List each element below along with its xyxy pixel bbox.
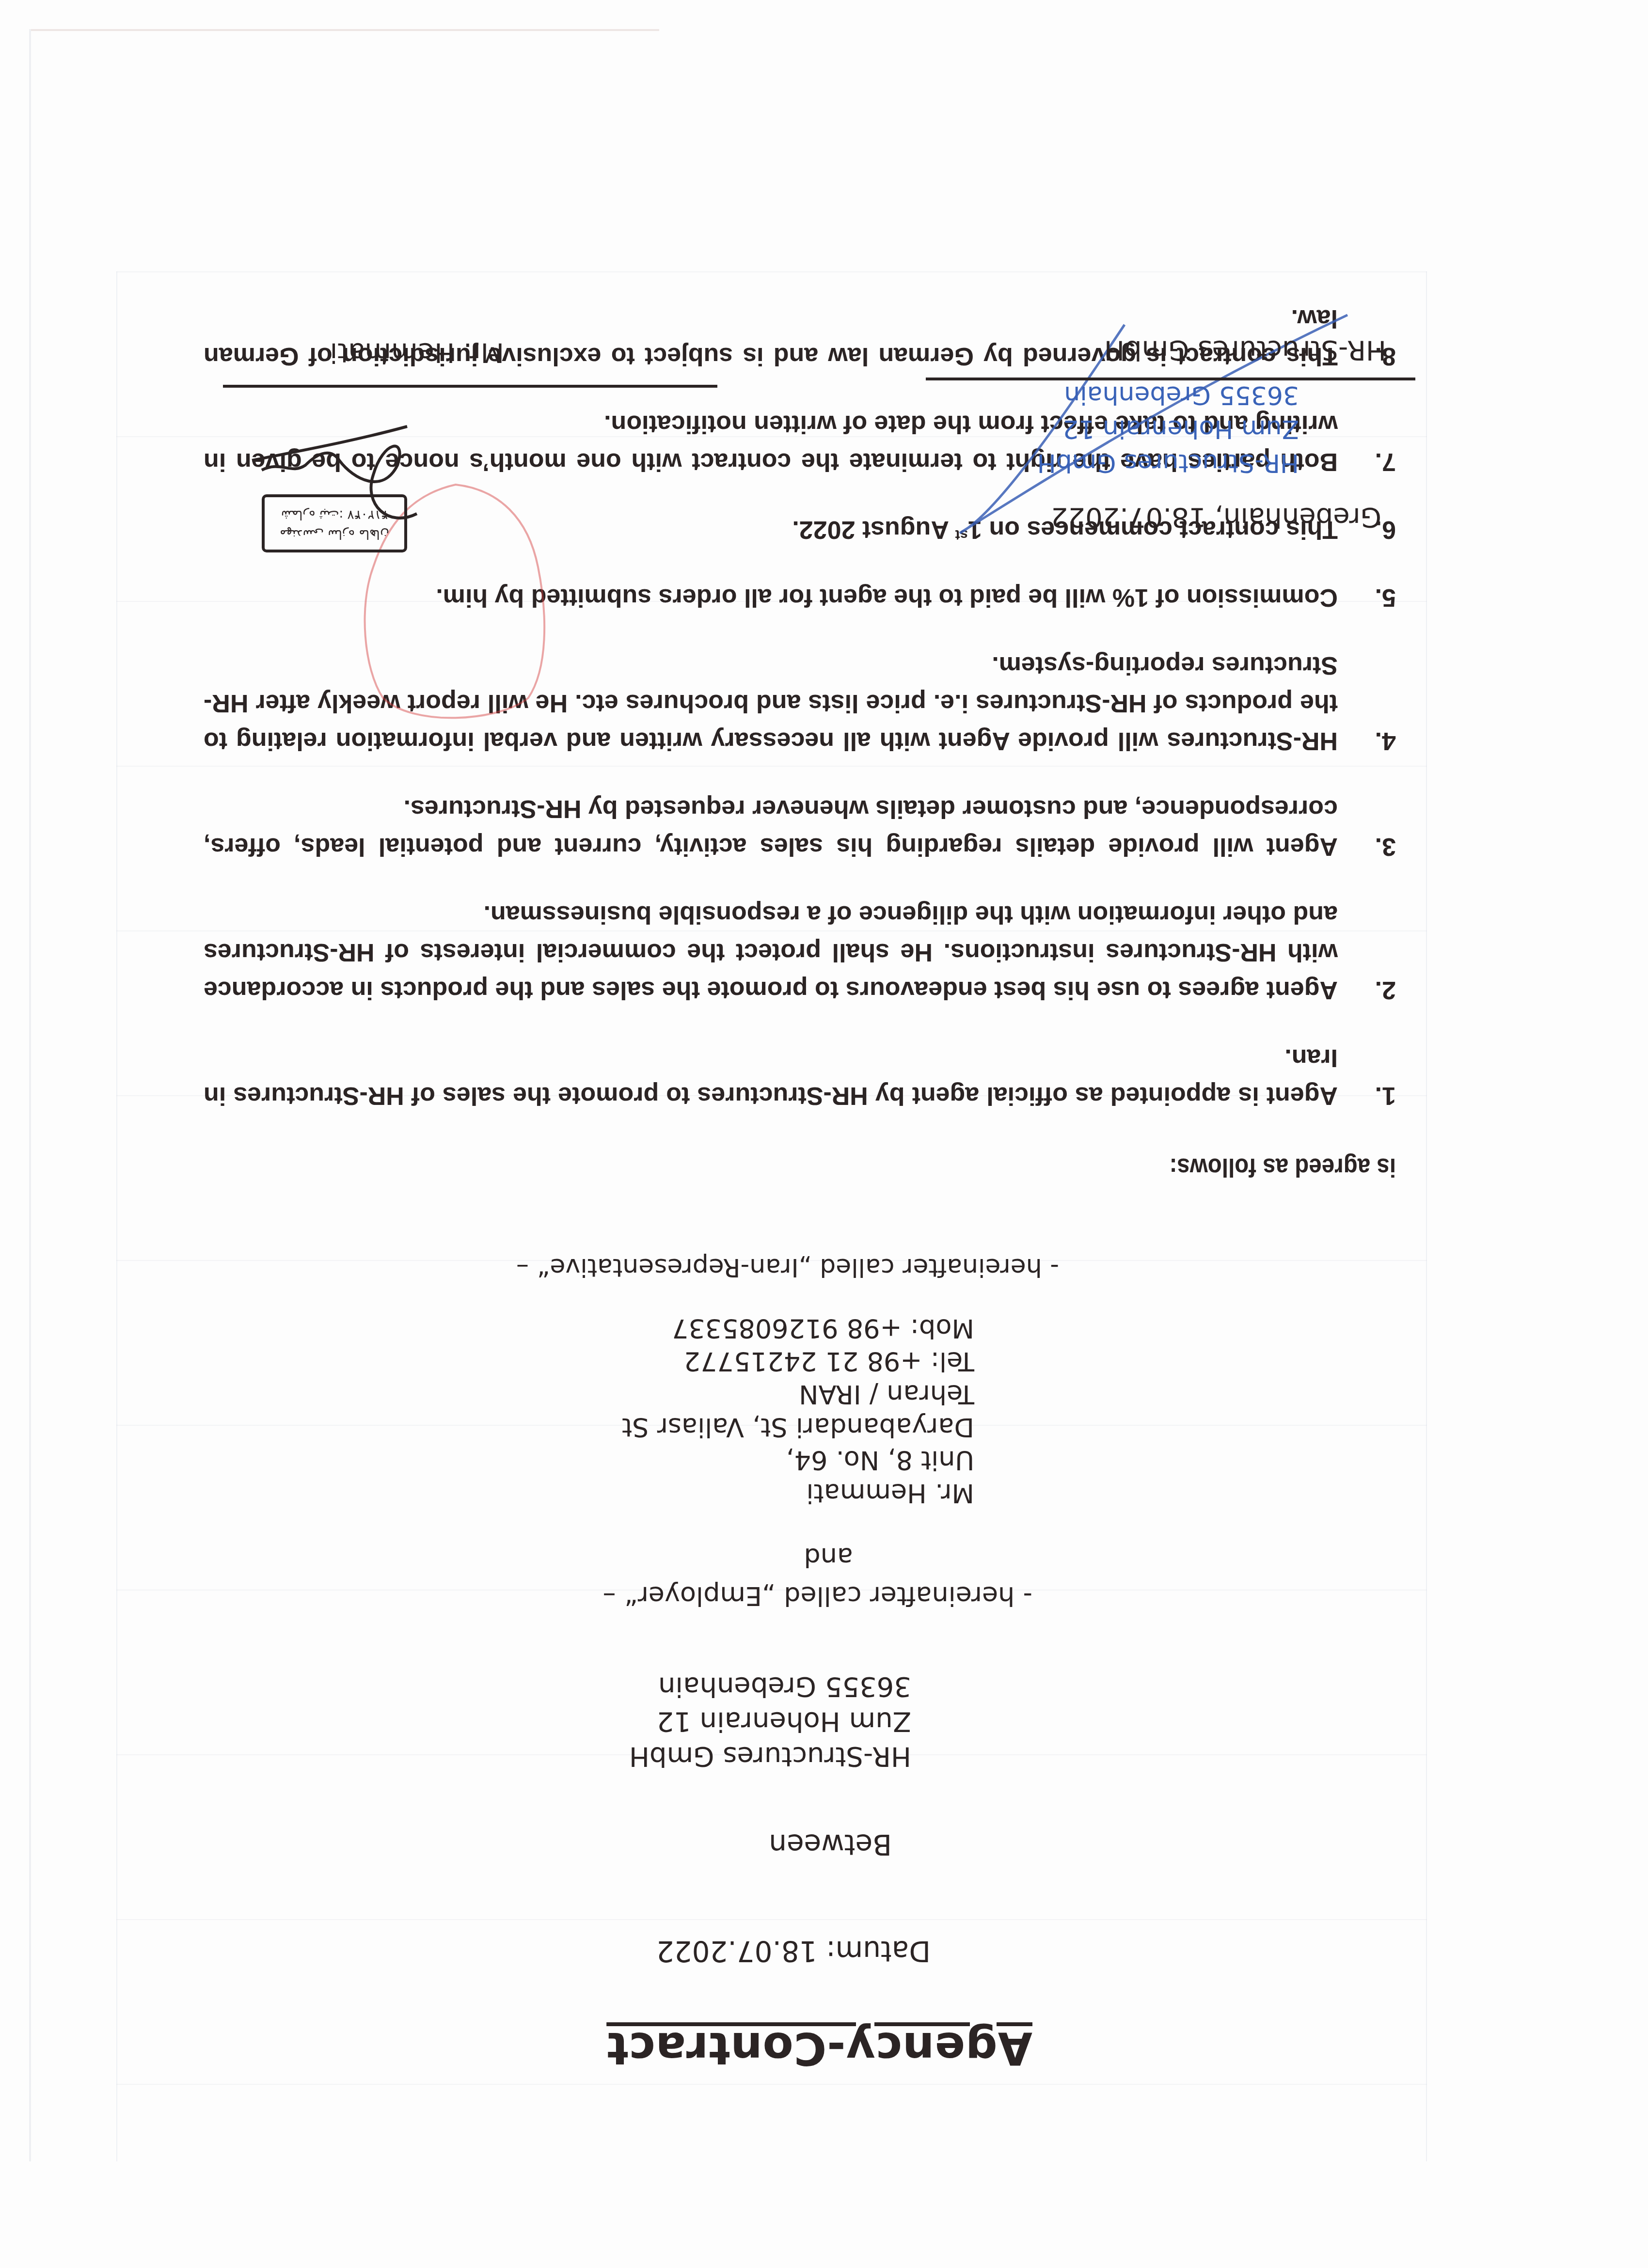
- clause-text: Agent is appointed as official agent by …: [204, 1044, 1338, 1110]
- representative-line: Tehran / IRAN: [622, 1378, 974, 1411]
- employer-called: - hereinafter called „Employer“ –: [603, 1581, 1032, 1611]
- signature-line-representative: [223, 385, 717, 388]
- representative-line: Daryabandari St, Valiasr St: [622, 1411, 974, 1444]
- clause-number: 7.: [1375, 443, 1396, 481]
- representative-address: Mr. Hemmati Unit 8, No. 64, Daryabandari…: [622, 1312, 974, 1510]
- clause-item: 2. Agent agrees to use his best endeavou…: [204, 896, 1396, 1009]
- signature-line-employer: [926, 378, 1415, 380]
- employer-signatory: HR-Structures GmbH: [1104, 334, 1386, 366]
- clause-text: Commission of 1% will be paid to the age…: [436, 583, 1338, 612]
- clause-number: 1.: [1375, 1077, 1396, 1115]
- persian-company-stamp: مهندسی سازه ماهان شماره ثبت: ۴۱۲۰۴۷: [262, 494, 407, 552]
- document-title: Agency-Contract: [606, 2022, 1032, 2074]
- between-label: Between: [769, 1828, 892, 1861]
- employer-line: 36355 Grebenhain: [629, 1669, 911, 1704]
- clause-number: 2.: [1375, 971, 1396, 1009]
- clause-text: Agent will provide details regarding his…: [204, 795, 1338, 861]
- employer-address: HR-Structures GmbH Zum Hohenrain 12 3635…: [629, 1669, 911, 1774]
- clause-number: 5.: [1375, 579, 1396, 616]
- representative-line: Mr. Hemmati: [622, 1477, 974, 1510]
- representative-line: Unit 8, No. 64,: [622, 1444, 974, 1477]
- representative-line: Mob: +98 9126085337: [622, 1312, 974, 1345]
- clause-number: 3.: [1375, 828, 1396, 866]
- clause-item: 1. Agent is appointed as official agent …: [204, 1039, 1396, 1115]
- and-label: and: [804, 1542, 853, 1573]
- representative-called: - hereinafter called „Iran-Representativ…: [516, 1253, 1059, 1282]
- representative-line: Tel: +98 21 24215772: [622, 1345, 974, 1378]
- employer-line: HR-Structures GmbH: [629, 1739, 911, 1774]
- contract-page-rotated: Agency-Contract Datum: 18.07.2022 Betwee…: [0, 0, 1648, 2268]
- employer-line: Zum Hohenrain 12: [629, 1704, 911, 1739]
- clause-number: 4.: [1375, 722, 1396, 760]
- clause-item: 3. Agent will provide details regarding …: [204, 790, 1396, 866]
- representative-signatory: Mr. Hemmati: [330, 337, 504, 368]
- agreed-label: is agreed as follows:: [1170, 1152, 1396, 1182]
- document-date: Datum: 18.07.2022: [656, 1935, 931, 1968]
- clause-text: Agent agrees to use his best endeavours …: [204, 900, 1338, 1004]
